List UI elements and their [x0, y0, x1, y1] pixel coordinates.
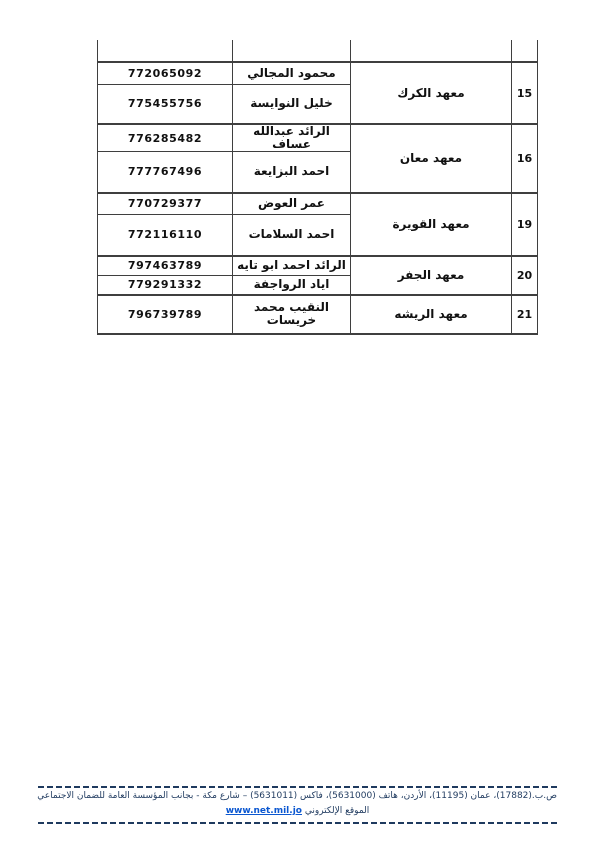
- name-cell: اياد الرواجفة: [233, 276, 351, 295]
- footer-address: ص.ب.(17882)، عمان (11195)، الأردن، هاتف …: [38, 789, 557, 804]
- table-row-partial: [98, 40, 538, 62]
- footer-divider-top: [38, 786, 557, 788]
- row-number-cell: 16: [512, 124, 538, 193]
- name-cell: احمد السلامات: [233, 215, 351, 256]
- institute-cell: معهد القويرة: [351, 193, 512, 256]
- row-number-cell: 19: [512, 193, 538, 256]
- institute-cell: معهد الريشه: [351, 295, 512, 334]
- website-label: الموقع الإلكتروني: [305, 806, 369, 816]
- website-link[interactable]: www.net.mil.jo: [226, 806, 302, 816]
- institute-cell: معهد الكرك: [351, 62, 512, 124]
- phone-cell: 775455756: [98, 84, 233, 124]
- phone-cell: 772116110: [98, 215, 233, 256]
- name-cell: النقيب محمد خريسات: [233, 295, 351, 334]
- phone-cell: 772065092: [98, 62, 233, 84]
- name-cell: محمود المجالي: [233, 62, 351, 84]
- phone-cell: 796739789: [98, 295, 233, 334]
- row-number-cell: 21: [512, 295, 538, 334]
- footer: ص.ب.(17882)، عمان (11195)، الأردن، هاتف …: [38, 786, 557, 824]
- name-cell: احمد البزايعة: [233, 152, 351, 193]
- row-number-cell: 20: [512, 256, 538, 295]
- phone-cell: 770729377: [98, 193, 233, 215]
- institute-cell: معهد معان: [351, 124, 512, 193]
- contacts-table-wrap: 15 معهد الكرك محمود المجالي 772065092 خل…: [98, 40, 538, 335]
- phone-cell: 776285482: [98, 124, 233, 152]
- institute-cell: [351, 40, 512, 62]
- name-cell: [233, 40, 351, 62]
- table-row: 21 معهد الريشه النقيب محمد خريسات 796739…: [98, 295, 538, 334]
- table-row: 19 معهد القويرة عمر العوض 770729377: [98, 193, 538, 215]
- name-cell: الرائد عبدالله عساف: [233, 124, 351, 152]
- contacts-table: 15 معهد الكرك محمود المجالي 772065092 خل…: [97, 40, 538, 335]
- row-number-cell: [512, 40, 538, 62]
- table-row: 16 معهد معان الرائد عبدالله عساف 7762854…: [98, 124, 538, 152]
- institute-cell: معهد الجفر: [351, 256, 512, 295]
- row-number-cell: 15: [512, 62, 538, 124]
- table-row: 20 معهد الجفر الرائد احمد ابو تايه 79746…: [98, 256, 538, 276]
- name-cell: خليل النوايسة: [233, 84, 351, 124]
- footer-divider-bottom: [38, 822, 557, 824]
- name-cell: الرائد احمد ابو تايه: [233, 256, 351, 276]
- table-row: 15 معهد الكرك محمود المجالي 772065092: [98, 62, 538, 84]
- page: { "page": { "background": "#ffffff", "ta…: [0, 0, 595, 842]
- name-cell: عمر العوض: [233, 193, 351, 215]
- phone-cell: 779291332: [98, 276, 233, 295]
- phone-cell: 797463789: [98, 256, 233, 276]
- phone-cell: [98, 40, 233, 62]
- phone-cell: 777767496: [98, 152, 233, 193]
- footer-website-line: الموقع الإلكتروني www.net.mil.jo: [38, 804, 557, 819]
